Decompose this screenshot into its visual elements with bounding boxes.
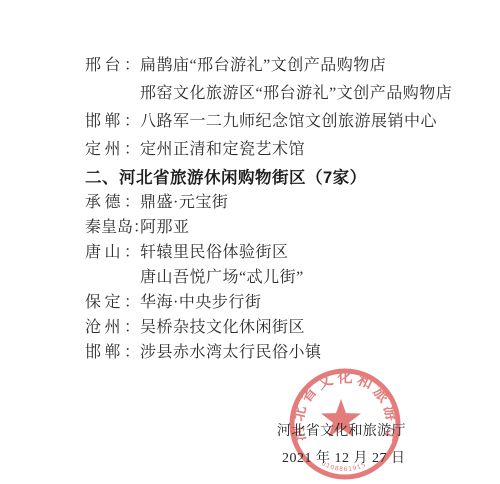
city-label: 邯郸： xyxy=(85,339,140,362)
list-item: 邢台：扁鹊庙“邢台游礼”文创产品购物店 xyxy=(85,52,500,80)
list-item: 邯郸：八路军一二九师纪念馆文创旅游展销中心 xyxy=(85,108,500,136)
city-label: 邢台： xyxy=(85,52,140,75)
section-2-list: 承德：鼎盛·元宝街 秦皇岛：阿那亚 唐山：轩辕里民俗体验街区 唐山吾悦广场“忒儿… xyxy=(85,189,500,364)
document-page: 邢台：扁鹊庙“邢台游礼”文创产品购物店 邢窑文化旅游区“邢台游礼”文创产品购物店… xyxy=(0,0,500,484)
city-label: 秦皇岛： xyxy=(85,214,140,237)
row-text: 扁鹊庙“邢台游礼”文创产品购物店 xyxy=(140,52,386,75)
row-text: 涉县赤水湾太行民俗小镇 xyxy=(140,339,322,362)
city-label: 邯郸： xyxy=(85,108,140,131)
row-text: 鼎盛·元宝街 xyxy=(140,189,228,212)
city-label: 唐山： xyxy=(85,239,140,262)
row-text: 八路军一二九师纪念馆文创旅游展销中心 xyxy=(140,108,437,131)
row-text: 华海·中央步行街 xyxy=(140,289,261,312)
row-text: 阿那亚 xyxy=(140,214,190,237)
list-item: 邯郸：涉县赤水湾太行民俗小镇 xyxy=(85,339,500,364)
city-label: 保定： xyxy=(85,289,140,312)
list-item: 定州：定州正清和定瓷艺术馆 xyxy=(85,136,500,164)
section-heading: 二、河北省旅游休闲购物街区（7家） xyxy=(85,164,500,189)
row-text: 邢窑文化旅游区“邢台游礼”文创产品购物店 xyxy=(140,80,452,103)
row-text: 轩辕里民俗体验街区 xyxy=(140,239,289,262)
signature-org: 河北省文化和旅游厅 xyxy=(277,420,406,440)
city-label: 沧州： xyxy=(85,314,140,337)
list-item: 唐山：轩辕里民俗体验街区 xyxy=(85,239,500,264)
list-item: 沧州：吴桥杂技文化休闲街区 xyxy=(85,314,500,339)
row-text: 吴桥杂技文化休闲街区 xyxy=(140,314,305,337)
list-item: 唐山吾悦广场“忒儿街” xyxy=(85,264,500,289)
row-text: 唐山吾悦广场“忒儿街” xyxy=(140,264,304,287)
list-item: 邢窑文化旅游区“邢台游礼”文创产品购物店 xyxy=(85,80,500,108)
list-item: 承德：鼎盛·元宝街 xyxy=(85,189,500,214)
city-label: 承德： xyxy=(85,189,140,212)
row-text: 定州正清和定瓷艺术馆 xyxy=(140,136,305,159)
city-label: 定州： xyxy=(85,136,140,159)
list-item: 秦皇岛：阿那亚 xyxy=(85,214,500,239)
section-1-list: 邢台：扁鹊庙“邢台游礼”文创产品购物店 邢窑文化旅游区“邢台游礼”文创产品购物店… xyxy=(85,52,500,164)
list-item: 保定：华海·中央步行街 xyxy=(85,289,500,314)
signature-date: 2021 年 12 月 27 日 xyxy=(282,447,406,467)
